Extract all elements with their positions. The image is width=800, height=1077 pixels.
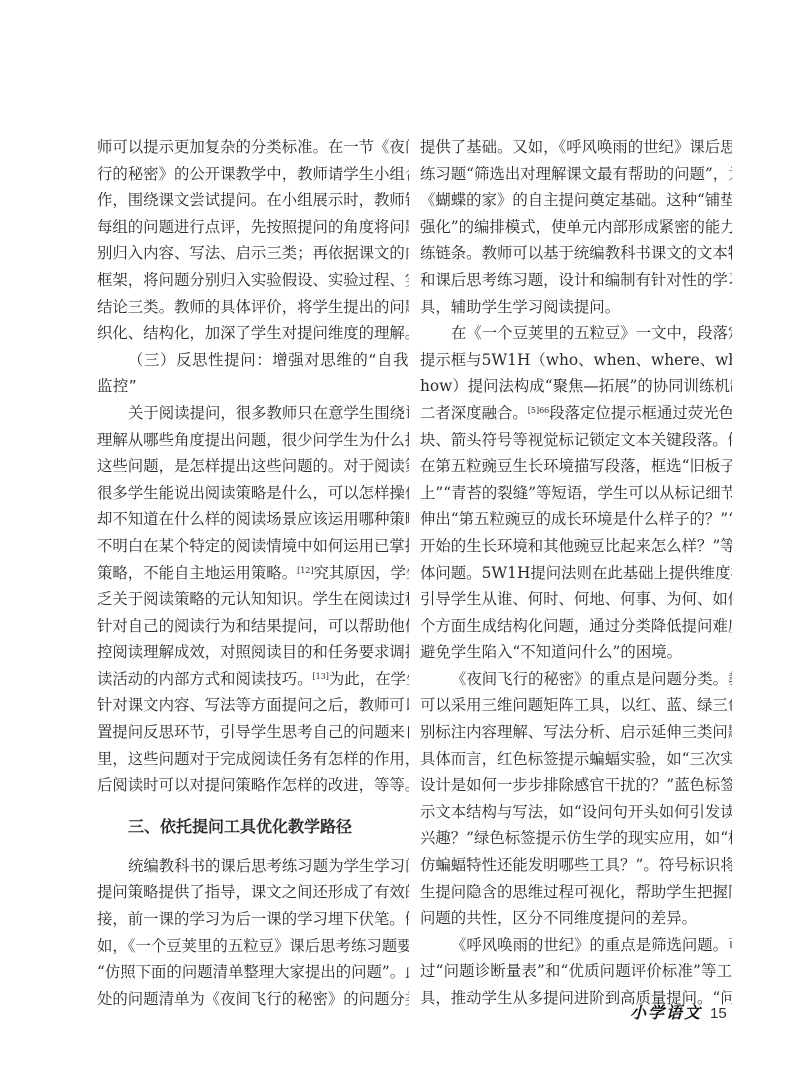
text-line: 不明白在某个特定的阅读情境中如何运用已掌握的: [97, 533, 409, 560]
text-line: 练链条。教师可以基于统编教科书课文的文本特性: [420, 240, 732, 267]
text-line: 别标注内容理解、写法分析、启示延伸三类问题。: [420, 719, 732, 746]
text-line: how）提问法构成“聚焦—拓展”的协同训练机制，: [420, 373, 732, 400]
text-span: 究其原因，学生缺: [314, 564, 409, 582]
text-line: 作，围绕课文尝试提问。在小组展示时，教师针对: [97, 187, 409, 214]
text-line: 在《一个豆荚里的五粒豆》一文中，段落定位: [420, 320, 732, 347]
text-line: 织化、结构化，加深了学生对提问维度的理解。[11]: [97, 320, 409, 347]
text-line: 具体而言，红色标签提示蝙蝠实验，如“三次实验: [420, 746, 732, 773]
text-line: 针对自己的阅读行为和结果提问，可以帮助他们监: [97, 613, 409, 640]
text-span: 读活动的内部方式和阅读技巧。: [97, 670, 312, 688]
text-line: 生提问隐含的思维过程可视化，帮助学生把握同类: [420, 879, 732, 906]
text-line: 提示框与5W1H（who、when、where、what、why、: [420, 347, 732, 374]
section-heading: 三、依托提问工具优化教学路径: [97, 805, 409, 849]
text-line: 具，辅助学生学习阅读提问。: [420, 294, 732, 321]
text-line: 伸出“第五粒豌豆的成长环境是什么样子的？”“它: [420, 506, 732, 533]
subheading-cont: 监控”: [97, 373, 409, 400]
text-line: 问题的共性，区分不同维度提问的差异。: [420, 905, 732, 932]
text-line: 强化”的编排模式，使单元内部形成紧密的能力训: [420, 214, 732, 241]
text-line: 里，这些问题对于完成阅读任务有怎样的作用，以: [97, 746, 409, 773]
text-line: 兴趣？”绿色标签提示仿生学的现实应用，如“模: [420, 825, 732, 852]
text-line: 行的秘密》的公开课教学中，教师请学生小组合: [97, 161, 409, 188]
text-line: 提供了基础。又如，《呼风唤雨的世纪》课后思考: [420, 134, 732, 161]
text-line: 个方面生成结构化问题，通过分类降低提问难度，: [420, 613, 732, 640]
text-line: 上”“青苔的裂缝”等短语，学生可以从标记细节延: [420, 480, 732, 507]
text-line: 控阅读理解成效，对照阅读目的和任务要求调控阅: [97, 639, 409, 666]
text-line: 师可以提示更加复杂的分类标准。在一节《夜间飞: [97, 134, 409, 161]
text-line: 如，《一个豆荚里的五粒豆》课后思考练习题要求: [97, 933, 409, 960]
text-line: 《呼风唤雨的世纪》的重点是筛选问题。可以通: [420, 932, 732, 959]
text-line: 过“问题诊断量表”和“优质问题评价标准”等工: [420, 958, 732, 985]
text-line: 示文本结构与写法，如“设问句开头如何引发读者: [420, 799, 732, 826]
text-line: 理解从哪些角度提出问题，很少问学生为什么提出: [97, 427, 409, 454]
page-footer: 小学语文 15: [630, 1000, 727, 1023]
subheading: （三）反思性提问：增强对思维的“自我: [97, 347, 409, 374]
text-line: 二者深度融合。[5]66段落定位提示框通过荧光色: [420, 400, 732, 427]
citation: [5]66: [528, 406, 550, 415]
text-line: 后阅读时可以对提问策略作怎样的改进，等等。: [97, 772, 409, 799]
text-line: 统编教科书的课后思考练习题为学生学习阅读: [97, 853, 409, 880]
text-line: 很多学生能说出阅读策略是什么，可以怎样操作，: [97, 480, 409, 507]
right-column: 提供了基础。又如，《呼风唤雨的世纪》课后思考 练习题“筛选出对理解课文最有帮助的…: [420, 134, 732, 1012]
text-span: 织化、结构化，加深了学生对提问维度的理解。: [97, 324, 409, 342]
text-line: “仿照下面的问题清单整理大家提出的问题”。此: [97, 959, 409, 986]
text-line: 针对课文内容、写法等方面提问之后，教师可以设: [97, 692, 409, 719]
magazine-logo: 小学语文: [630, 1000, 702, 1023]
text-line: 在第五粒豌豆生长环境描写段落，框选“旧板子: [420, 453, 732, 480]
page-number: 15: [710, 1005, 727, 1022]
text-line: 块、箭头符号等视觉标记锁定文本关键段落。例如，: [420, 427, 732, 454]
text-line: 别归入内容、写法、启示三类；再依据课文的内容: [97, 240, 409, 267]
text-line: 开始的生长环境和其他豌豆比起来怎么样？”等具: [420, 533, 732, 560]
text-line: 《夜间飞行的秘密》的重点是问题分类。教师: [420, 666, 732, 693]
text-span: 为此，在学生: [329, 670, 409, 688]
left-column: 师可以提示更加复杂的分类标准。在一节《夜间飞 行的秘密》的公开课教学中，教师请学…: [97, 134, 409, 1012]
text-line: 《蝴蝶的家》的自主提问奠定基础。这种“铺垫—: [420, 187, 732, 214]
text-span: 段落定位提示框通过荧光色: [549, 404, 732, 422]
text-line: 练习题“筛选出对理解课文最有帮助的问题”，为: [420, 161, 732, 188]
text-line: 策略，不能自主地运用策略。[12]究其原因，学生缺: [97, 560, 409, 587]
text-line: 体问题。5W1H提问法则在此基础上提供维度框架，: [420, 560, 732, 587]
text-line: 可以采用三维问题矩阵工具，以红、蓝、绿三色分: [420, 692, 732, 719]
text-line: 和课后思考练习题，设计和编制有针对性的学习工: [420, 267, 732, 294]
text-line: 每组的问题进行点评，先按照提问的角度将问题分: [97, 214, 409, 241]
text-line: 却不知道在什么样的阅读场景应该运用哪种策略，: [97, 506, 409, 533]
citation: [12]: [297, 566, 313, 575]
text-line: 读活动的内部方式和阅读技巧。[13]为此，在学生: [97, 666, 409, 693]
text-line: 置提问反思环节，引导学生思考自己的问题来自哪: [97, 719, 409, 746]
text-line: 框架，将问题分别归入实验假设、实验过程、实验: [97, 267, 409, 294]
text-span: 策略，不能自主地运用策略。: [97, 564, 297, 582]
text-line: 乏关于阅读策略的元认知知识。学生在阅读过程中: [97, 586, 409, 613]
text-line: 关于阅读提问，很多教师只在意学生围绕课文: [97, 400, 409, 427]
text-line: 这些问题，是怎样提出这些问题的。对于阅读策略，: [97, 453, 409, 480]
text-line: 避免学生陷入“不知道问什么”的困境。: [420, 639, 732, 666]
text-line: 处的问题清单为《夜间飞行的秘密》的问题分类: [97, 986, 409, 1013]
text-line: 引导学生从谁、何时、何地、何事、为何、如何六: [420, 586, 732, 613]
text-line: 结论三类。教师的具体评价，将学生提出的问题组: [97, 294, 409, 321]
text-line: 提问策略提供了指导，课文之间还形成了有效的衔: [97, 879, 409, 906]
text-line: 设计是如何一步步排除感官干扰的？”蓝色标签提: [420, 772, 732, 799]
text-span: 二者深度融合。: [420, 404, 528, 422]
text-line: 接，前一课的学习为后一课的学习埋下伏笔。例: [97, 906, 409, 933]
citation: [13]: [312, 672, 328, 681]
text-line: 仿蝙蝠特性还能发明哪些工具？”。符号标识将学: [420, 852, 732, 879]
